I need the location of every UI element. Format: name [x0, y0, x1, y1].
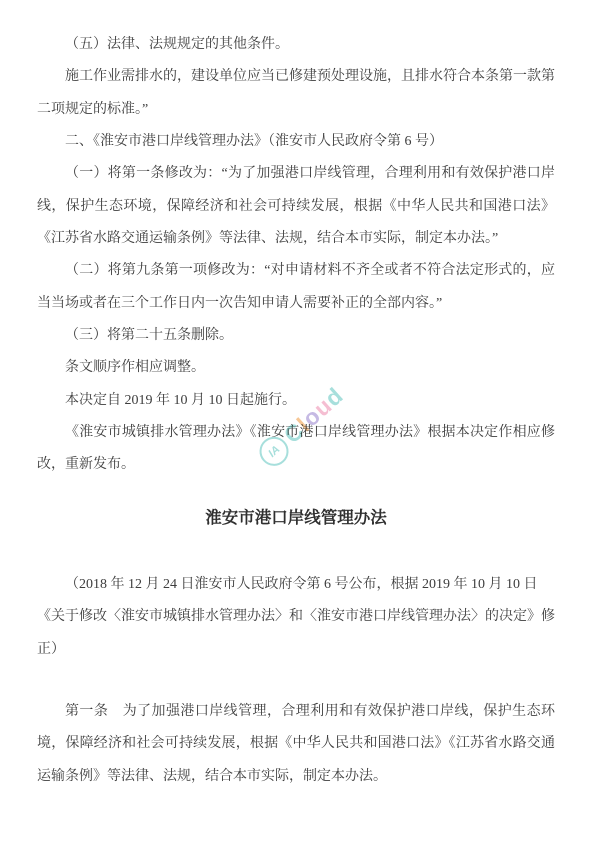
doc-line: 第一条 为了加强港口岸线管理，合理利用和有效保护港口岸线，保护生态环: [37, 696, 555, 728]
doc-line: （二）将第九条第一项修改为：“对申请材料不齐全或者不符合法定形式的，应: [37, 255, 555, 287]
article-1: 第一条 为了加强港口岸线管理，合理利用和有效保护港口岸线，保护生态环 境，保障经…: [37, 696, 555, 793]
preamble: （2018 年 12 月 24 日淮安市人民政府令第 6 号公布，根据 2019…: [37, 569, 555, 666]
doc-line: （三）将第二十五条删除。: [37, 320, 555, 352]
doc-line: 线，保护生态环境，保障经济和社会可持续发展，根据《中华人民共和国港口法》: [37, 191, 555, 223]
doc-line: 《关于修改〈淮安市城镇排水管理办法〉和〈淮安市港口岸线管理办法〉的决定》修: [37, 601, 555, 633]
doc-line: 二项规定的标准。”: [37, 94, 555, 126]
doc-line: 《江苏省水路交通运输条例》等法律、法规，结合本市实际，制定本办法。”: [37, 223, 555, 255]
doc-line: 境，保障经济和社会可持续发展，根据《中华人民共和国港口法》《江苏省水路交通: [37, 728, 555, 760]
doc-line: 当当场或者在三个工作日内一次告知申请人需要补正的全部内容。”: [37, 288, 555, 320]
doc-line: 施工作业需排水的，建设单位应当已修建预处理设施，且排水符合本条第一款第: [37, 61, 555, 93]
regulation-title: 淮安市港口岸线管理办法: [37, 502, 555, 534]
document-page: IA C l o u d （五）法律、法规规定的其他条件。 施工作业需排水的，建…: [0, 0, 595, 841]
doc-line: 条文顺序作相应调整。: [37, 352, 555, 384]
doc-line: 运输条例》等法律、法规，结合本市实际，制定本办法。: [37, 761, 555, 793]
doc-line: 改，重新发布。: [37, 449, 555, 481]
doc-line: （一）将第一条修改为：“为了加强港口岸线管理，合理利用和有效保护港口岸: [37, 158, 555, 190]
doc-line: 二、《淮安市港口岸线管理办法》（淮安市人民政府令第 6 号）: [37, 126, 555, 158]
doc-line: （2018 年 12 月 24 日淮安市人民政府令第 6 号公布，根据 2019…: [37, 569, 555, 601]
doc-line: （五）法律、法规规定的其他条件。: [37, 29, 555, 61]
doc-line: 正）: [37, 634, 555, 666]
